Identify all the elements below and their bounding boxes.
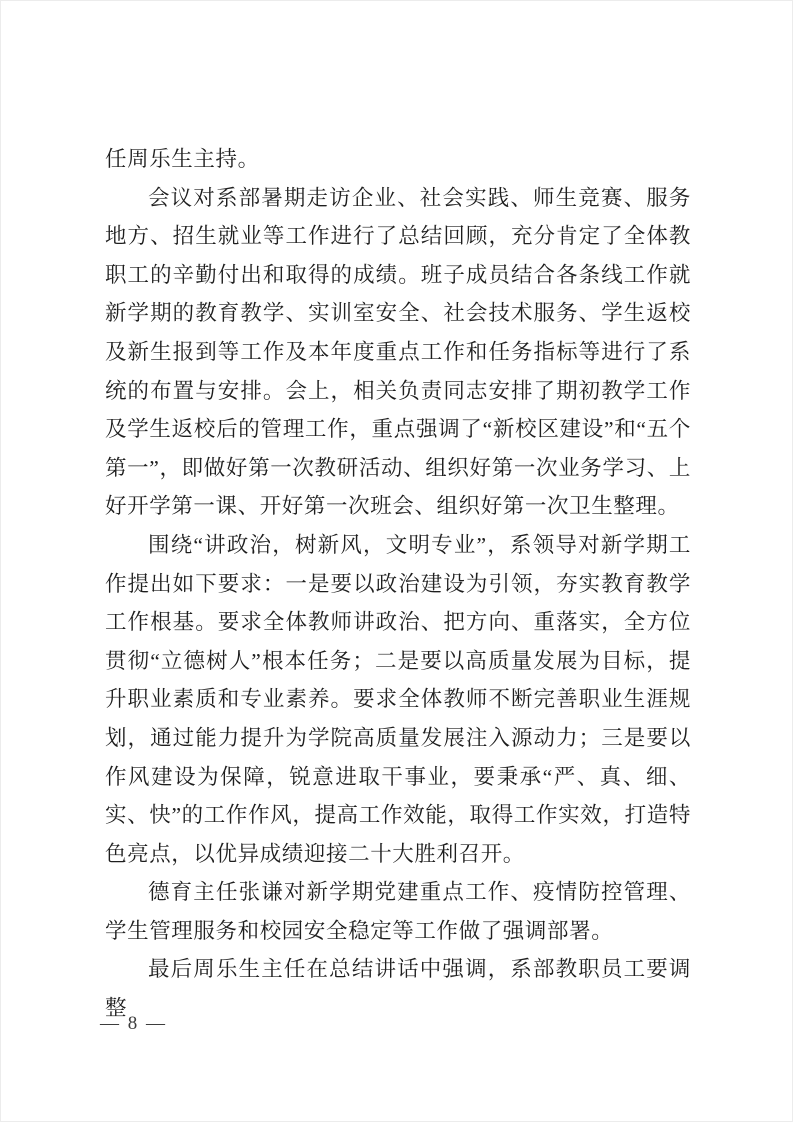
paragraph-closing-remarks: 最后周乐生主任在总结讲话中强调，系部教职员工要调整 <box>105 950 691 1027</box>
paragraph-new-semester-requirements: 围绕“讲政治，树新风，文明专业”，系领导对新学期工作提出如下要求：一是要以政治建… <box>105 526 691 873</box>
paragraph-meeting-summary: 会议对系部暑期走访企业、社会实践、师生竞赛、服务地方、招生就业等工作进行了总结回… <box>105 179 691 526</box>
paragraph-continuation: 任周乐生主持。 <box>105 140 691 179</box>
paragraph-moral-education: 德育主任张谦对新学期党建重点工作、疫情防控管理、学生管理服务和校园安全稳定等工作… <box>105 873 691 950</box>
page-number: — 8 — <box>100 1013 167 1035</box>
document-page: 任周乐生主持。 会议对系部暑期走访企业、社会实践、师生竞赛、服务地方、招生就业等… <box>0 0 793 1122</box>
document-body: 任周乐生主持。 会议对系部暑期走访企业、社会实践、师生竞赛、服务地方、招生就业等… <box>105 140 691 1028</box>
